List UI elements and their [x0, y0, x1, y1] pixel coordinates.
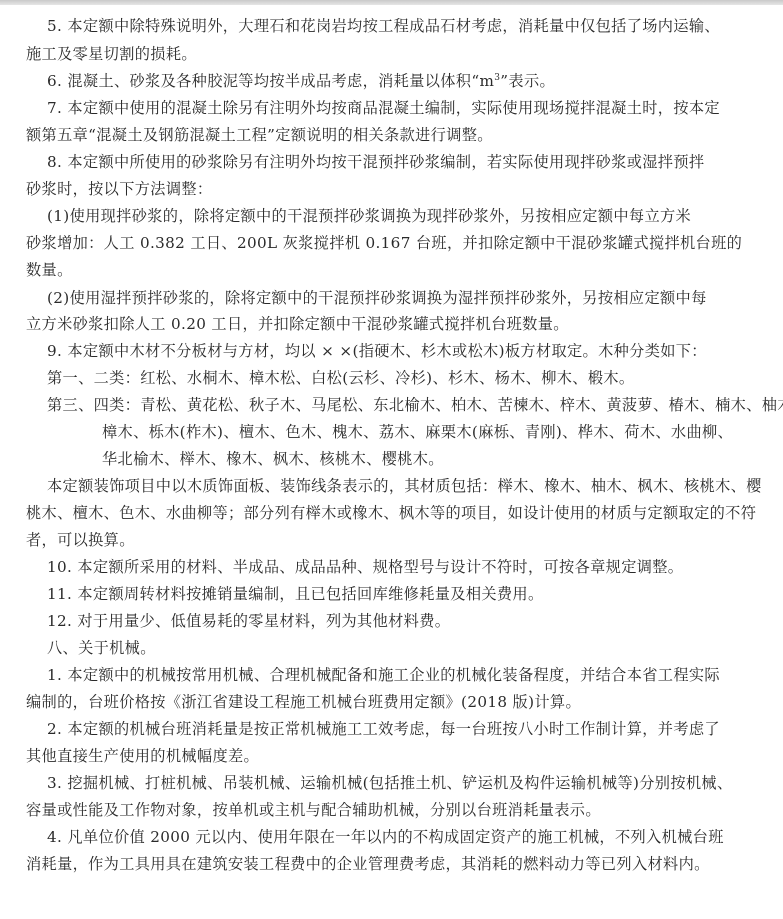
section-heading-machinery: 八、关于机械。 [47, 637, 156, 660]
paragraph-item-8-sub-2-line-1: (2)使用湿拌预拌砂浆的，除将定额中的干混预拌砂浆调换为湿拌预拌砂浆外，另按相应… [47, 287, 707, 310]
decor-materials-line-3: 者，可以换算。 [26, 529, 135, 552]
paragraph-item-8-line-2: 砂浆时，按以下方法调整： [26, 178, 212, 201]
machinery-item-1-line-2: 编制的，台班价格按《浙江省建设工程施工机械台班费用定额》(2018 版)计算。 [26, 691, 581, 714]
machinery-item-2-line-1: 2. 本定额的机械台班消耗量是按正常机械施工工效考虑，每一台班按八小时工作制计算… [47, 718, 720, 741]
paragraph-item-6: 6. 混凝土、砂浆及各种胶泥等均按半成品考虑，消耗量以体积“m3”表示。 [47, 70, 555, 93]
decor-materials-line-1: 本定额装饰项目中以木质饰面板、装饰线条表示的，其材质包括：榉木、橡木、柚木、枫木… [47, 475, 762, 498]
paragraph-item-5-line-2: 施工及零星切割的损耗。 [26, 43, 197, 66]
wood-class-3-4-line-1: 第三、四类：青松、黄花松、秋子木、马尾松、东北榆木、柏木、苦楝木、梓木、黄菠萝、… [47, 394, 783, 417]
paragraph-item-5-line-1: 5. 本定额中除特殊说明外，大理石和花岗岩均按工程成品石材考虑，消耗量中仅包括了… [47, 15, 720, 38]
paragraph-item-7-line-2: 额第五章“混凝土及钢筋混凝土工程”定额说明的相关条款进行调整。 [26, 124, 493, 147]
item-6-suffix: ”表示。 [500, 72, 555, 90]
decor-materials-line-2: 桃木、檀木、色木、水曲柳等；部分列有榉木或橡木、枫木等的项目，如设计使用的材质与… [26, 502, 756, 525]
item-6-text: 6. 混凝土、砂浆及各种胶泥等均按半成品考虑，消耗量以体积“m [47, 72, 494, 90]
wood-class-1-2: 第一、二类：红松、水桐木、樟木松、白松(云杉、冷杉)、杉木、杨木、柳木、椴木。 [47, 367, 634, 390]
paragraph-item-8-sub-2-line-2: 立方米砂浆扣除人工 0.20 工日，并扣除定额中干混砂浆罐式搅拌机台班数量。 [26, 313, 569, 336]
paragraph-item-12: 12. 对于用量少、低值易耗的零星材料，列为其他材料费。 [47, 610, 450, 633]
paragraph-item-7-line-1: 7. 本定额中使用的混凝土除另有注明外均按商品混凝土编制，实际使用现场搅拌混凝土… [47, 97, 720, 120]
machinery-item-1-line-1: 1. 本定额中的机械按常用机械、合理机械配备和施工企业的机械化装备程度，并结合本… [47, 664, 720, 687]
machinery-item-4-line-1: 4. 凡单位价值 2000 元以内、使用年限在一年以内的不构成固定资产的施工机械… [47, 826, 724, 849]
wood-class-3-4-line-3: 华北榆木、榉木、橡木、枫木、核桃木、樱桃木。 [102, 448, 444, 471]
machinery-item-3-line-1: 3. 挖掘机械、打桩机械、吊装机械、运输机械(包括推土机、铲运机及构件运输机械等… [47, 772, 733, 795]
scan-top-edge [0, 0, 783, 5]
machinery-item-4-line-2: 消耗量，作为工具用具在建筑安装工程费中的企业管理费考虑，其消耗的燃料动力等已列入… [26, 853, 710, 876]
paragraph-item-8-sub-1-line-3: 数量。 [26, 259, 73, 282]
paragraph-item-8-sub-1-line-2: 砂浆增加：人工 0.382 工日、200L 灰浆搅拌机 0.167 台班，并扣除… [26, 232, 742, 255]
wood-class-3-4-line-2: 樟木、栎木(柞木)、檀木、色木、槐木、荔木、麻栗木(麻栎、青刚)、桦木、荷木、水… [102, 421, 733, 444]
machinery-item-3-line-2: 容量或性能及工作物对象，按单机或主机与配合辅助机械，分别以台班消耗量表示。 [26, 799, 601, 822]
paragraph-item-8-line-1: 8. 本定额中所使用的砂浆除另有注明外均按干混预拌砂浆编制，若实际使用现拌砂浆或… [47, 151, 704, 174]
paragraph-item-8-sub-1-line-1: (1)使用现拌砂浆的，除将定额中的干混预拌砂浆调换为现拌砂浆外，另按相应定额中每… [47, 205, 691, 228]
machinery-item-2-line-2: 其他直接生产使用的机械幅度差。 [26, 745, 259, 768]
paragraph-item-10: 10. 本定额所采用的材料、半成品、成品品种、规格型号与设计不符时，可按各章规定… [47, 556, 683, 579]
paragraph-item-11: 11. 本定额周转材料按摊销量编制，且已包括回库维修耗量及相关费用。 [47, 583, 544, 606]
paragraph-item-9-line-1: 9. 本定额中木材不分板材与方材，均以 × ×(指硬木、杉木或松木)板方材取定。… [47, 340, 707, 363]
